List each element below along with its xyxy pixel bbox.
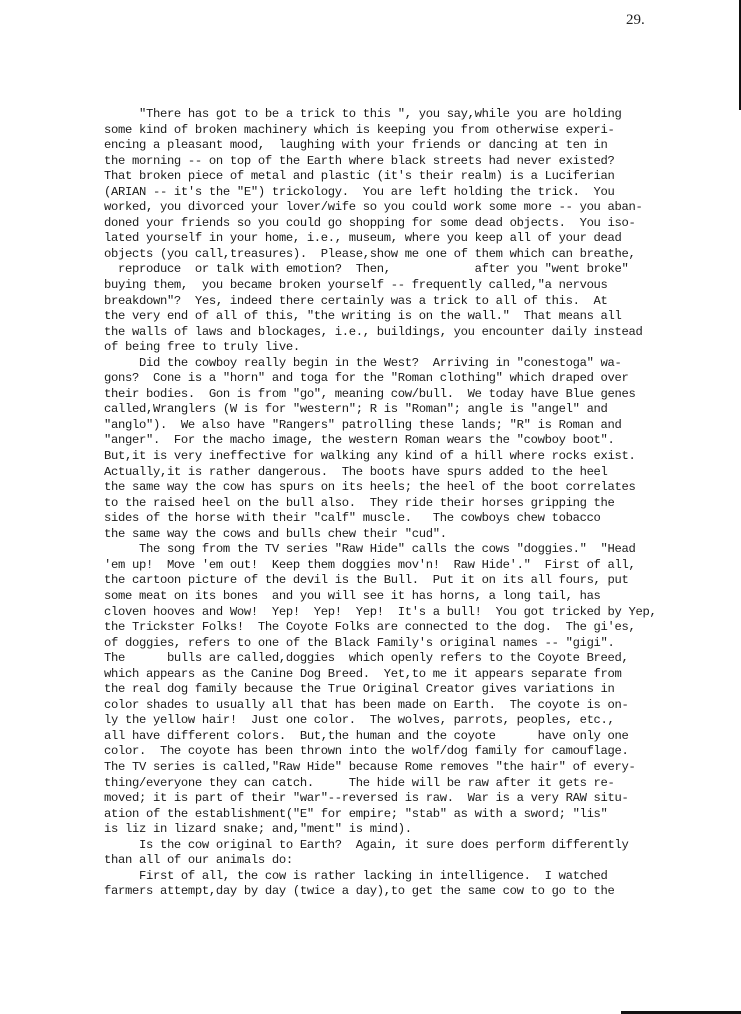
text-line: thing/everyone they can catch. The hide … [104, 776, 704, 792]
text-line: That broken piece of metal and plastic (… [104, 169, 704, 185]
text-line: moved; it is part of their "war"--revers… [104, 791, 704, 807]
text-line: Did the cowboy really begin in the West?… [104, 356, 704, 372]
text-line: some kind of broken machinery which is k… [104, 123, 704, 139]
text-line: called,Wranglers (W is for "western"; R … [104, 402, 704, 418]
text-line: "anger". For the macho image, the wester… [104, 433, 704, 449]
text-line: gons? Cone is a "horn" and toga for the … [104, 371, 704, 387]
text-line: Is the cow original to Earth? Again, it … [104, 838, 704, 854]
text-line: the very end of all of this, "the writin… [104, 309, 704, 325]
text-line: lated yourself in your home, i.e., museu… [104, 231, 704, 247]
text-line: But,it is very ineffective for walking a… [104, 449, 704, 465]
text-line: all have different colors. But,the human… [104, 729, 704, 745]
text-line: the walls of laws and blockages, i.e., b… [104, 325, 704, 341]
text-line: some meat on its bones and you will see … [104, 589, 704, 605]
text-line: reproduce or talk with emotion? Then, af… [104, 262, 704, 278]
page-number: 29. [626, 12, 645, 29]
text-line: worked, you divorced your lover/wife so … [104, 200, 704, 216]
text-line: is liz in lizard snake; and,"ment" is mi… [104, 822, 704, 838]
text-line: "There has got to be a trick to this ", … [104, 107, 704, 123]
text-line: ation of the establishment("E" for empir… [104, 807, 704, 823]
text-line: encing a pleasant mood, laughing with yo… [104, 138, 704, 154]
text-line: breakdown"? Yes, indeed there certainly … [104, 294, 704, 310]
text-line: (ARIAN -- it's the "E") trickology. You … [104, 185, 704, 201]
text-line: the cartoon picture of the devil is the … [104, 573, 704, 589]
text-line: of being free to truly live. [104, 340, 704, 356]
text-line: color shades to usually all that has bee… [104, 698, 704, 714]
text-line: of doggies, refers to one of the Black F… [104, 636, 704, 652]
text-line: Actually,it is rather dangerous. The boo… [104, 465, 704, 481]
text-line: ly the yellow hair! Just one color. The … [104, 713, 704, 729]
text-line: objects (you call,treasures). Please,sho… [104, 247, 704, 263]
text-line: First of all, the cow is rather lacking … [104, 869, 704, 885]
text-line: farmers attempt,day by day (twice a day)… [104, 884, 704, 900]
text-line: to the raised heel on the bull also. The… [104, 496, 704, 512]
typewritten-body: "There has got to be a trick to this ", … [104, 107, 704, 900]
text-line: The TV series is called,"Raw Hide" becau… [104, 760, 704, 776]
text-line: the real dog family because the True Ori… [104, 682, 704, 698]
text-line: sides of the horse with their "calf" mus… [104, 511, 704, 527]
text-line: color. The coyote has been thrown into t… [104, 744, 704, 760]
text-line: the same way the cows and bulls chew the… [104, 527, 704, 543]
text-line: the same way the cow has spurs on its he… [104, 480, 704, 496]
text-line: the morning -- on top of the Earth where… [104, 154, 704, 170]
text-line: than all of our animals do: [104, 853, 704, 869]
text-line: the Trickster Folks! The Coyote Folks ar… [104, 620, 704, 636]
text-line: buying them, you became broken yourself … [104, 278, 704, 294]
text-line: which appears as the Canine Dog Breed. Y… [104, 667, 704, 683]
text-line: 'em up! Move 'em out! Keep them doggies … [104, 558, 704, 574]
text-line: their bodies. Gon is from "go", meaning … [104, 387, 704, 403]
text-line: The song from the TV series "Raw Hide" c… [104, 542, 704, 558]
text-line: doned your friends so you could go shopp… [104, 216, 704, 232]
text-line: The bulls are called,doggies which openl… [104, 651, 704, 667]
text-line: cloven hooves and Wow! Yep! Yep! Yep! It… [104, 605, 704, 621]
text-line: "anglo"). We also have "Rangers" patroll… [104, 418, 704, 434]
